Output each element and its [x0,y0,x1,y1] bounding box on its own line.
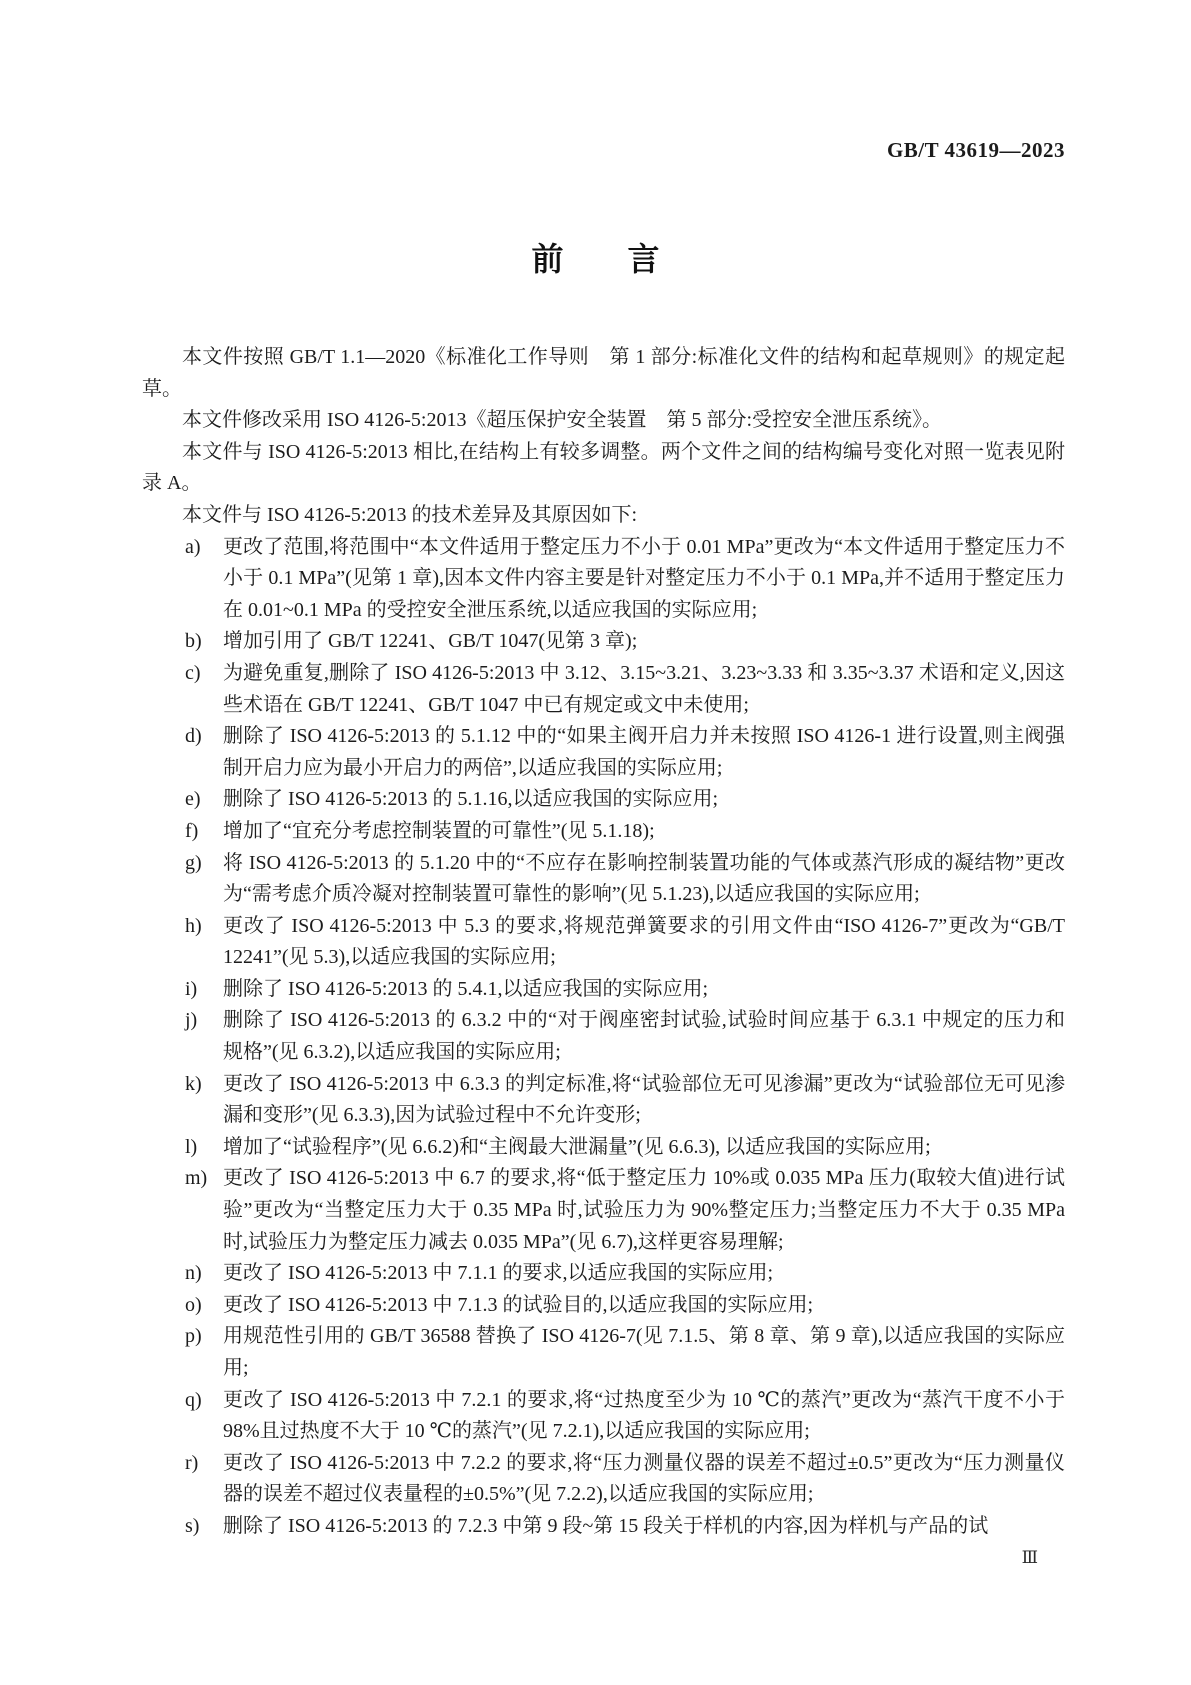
list-item: j)删除了 ISO 4126-5:2013 的 6.3.2 中的“对于阀座密封试… [142,1005,1065,1068]
list-item-text: 更改了 ISO 4126-5:2013 中 6.7 的要求,将“低于整定压力 1… [223,1167,1065,1252]
list-item-text: 更改了 ISO 4126-5:2013 中 7.2.1 的要求,将“过热度至少为… [223,1389,1065,1443]
list-item-label: r) [185,1448,198,1480]
list-item-text: 删除了 ISO 4126-5:2013 的 5.4.1,以适应我国的实际应用; [223,978,708,1000]
list-item-label: i) [185,974,197,1006]
paragraph: 本文件修改采用 ISO 4126-5:2013《超压保护安全装置 第 5 部分:… [142,405,1065,437]
list-item: e)删除了 ISO 4126-5:2013 的 5.1.16,以适应我国的实际应… [142,784,1065,816]
list-item: c)为避免重复,删除了 ISO 4126-5:2013 中 3.12、3.15~… [142,658,1065,721]
list-item-text: 删除了 ISO 4126-5:2013 的 7.2.3 中第 9 段~第 15 … [223,1515,988,1537]
list-item: i)删除了 ISO 4126-5:2013 的 5.4.1,以适应我国的实际应用… [142,974,1065,1006]
list-item-label: k) [185,1069,202,1101]
list-item-label: e) [185,784,201,816]
list-item-text: 更改了 ISO 4126-5:2013 中 6.3.3 的判定标准,将“试验部位… [223,1073,1065,1127]
list-item: a)更改了范围,将范围中“本文件适用于整定压力不小于 0.01 MPa”更改为“… [142,532,1065,627]
list-item: n)更改了 ISO 4126-5:2013 中 7.1.1 的要求,以适应我国的… [142,1258,1065,1290]
list-item-text: 增加引用了 GB/T 12241、GB/T 1047(见第 3 章); [223,630,637,652]
list-item-label: d) [185,721,202,753]
standard-number: GB/T 43619—2023 [142,138,1065,162]
paragraph: 本文件按照 GB/T 1.1—2020《标准化工作导则 第 1 部分:标准化文件… [142,342,1065,405]
list-item: o)更改了 ISO 4126-5:2013 中 7.1.3 的试验目的,以适应我… [142,1290,1065,1322]
list-item-label: c) [185,658,201,690]
list-item: m)更改了 ISO 4126-5:2013 中 6.7 的要求,将“低于整定压力… [142,1163,1065,1258]
list-item-text: 删除了 ISO 4126-5:2013 的 5.1.16,以适应我国的实际应用; [223,788,718,810]
list-item-text: 更改了 ISO 4126-5:2013 中 7.2.2 的要求,将“压力测量仪器… [223,1452,1065,1506]
list-item-text: 为避免重复,删除了 ISO 4126-5:2013 中 3.12、3.15~3.… [223,662,1065,716]
list-item: b)增加引用了 GB/T 12241、GB/T 1047(见第 3 章); [142,626,1065,658]
list-item-text: 删除了 ISO 4126-5:2013 的 5.1.12 中的“如果主阀开启力并… [223,725,1065,779]
list-item-label: g) [185,848,202,880]
list-item-text: 更改了 ISO 4126-5:2013 中 7.1.1 的要求,以适应我国的实际… [223,1262,773,1284]
technical-difference-list: a)更改了范围,将范围中“本文件适用于整定压力不小于 0.01 MPa”更改为“… [142,532,1065,1543]
list-item: s)删除了 ISO 4126-5:2013 的 7.2.3 中第 9 段~第 1… [142,1511,1065,1543]
list-item: g)将 ISO 4126-5:2013 的 5.1.20 中的“不应存在影响控制… [142,848,1065,911]
list-item-label: o) [185,1290,202,1322]
paragraph: 本文件与 ISO 4126-5:2013 的技术差异及其原因如下: [142,500,1065,532]
list-item-label: l) [185,1132,197,1164]
list-item-text: 将 ISO 4126-5:2013 的 5.1.20 中的“不应存在影响控制装置… [223,852,1065,906]
list-item: d)删除了 ISO 4126-5:2013 的 5.1.12 中的“如果主阀开启… [142,721,1065,784]
list-item-label: q) [185,1385,202,1417]
page-number: Ⅲ [142,1548,1038,1568]
list-item-text: 更改了范围,将范围中“本文件适用于整定压力不小于 0.01 MPa”更改为“本文… [223,536,1065,621]
list-item-label: n) [185,1258,202,1290]
list-item: q)更改了 ISO 4126-5:2013 中 7.2.1 的要求,将“过热度至… [142,1385,1065,1448]
list-item: p)用规范性引用的 GB/T 36588 替换了 ISO 4126-7(见 7.… [142,1321,1065,1384]
paragraph: 本文件与 ISO 4126-5:2013 相比,在结构上有较多调整。两个文件之间… [142,437,1065,500]
list-item-label: a) [185,532,201,564]
document-page: GB/T 43619—2023 前 言 本文件按照 GB/T 1.1—2020《… [0,0,1191,1685]
list-item: r)更改了 ISO 4126-5:2013 中 7.2.2 的要求,将“压力测量… [142,1448,1065,1511]
list-item-text: 用规范性引用的 GB/T 36588 替换了 ISO 4126-7(见 7.1.… [223,1325,1065,1379]
list-item: f)增加了“宜充分考虑控制装置的可靠性”(见 5.1.18); [142,816,1065,848]
list-item-text: 增加了“试验程序”(见 6.6.2)和“主阀最大泄漏量”(见 6.6.3), 以… [223,1136,931,1158]
list-item-text: 删除了 ISO 4126-5:2013 的 6.3.2 中的“对于阀座密封试验,… [223,1009,1065,1063]
paragraph-group: 本文件按照 GB/T 1.1—2020《标准化工作导则 第 1 部分:标准化文件… [142,342,1065,532]
list-item-label: p) [185,1321,202,1353]
list-item-label: f) [185,816,198,848]
list-item-label: h) [185,911,202,943]
list-item-label: j) [185,1005,197,1037]
list-item-label: s) [185,1511,199,1543]
list-item-text: 增加了“宜充分考虑控制装置的可靠性”(见 5.1.18); [223,820,655,842]
list-item-text: 更改了 ISO 4126-5:2013 中 5.3 的要求,将规范弹簧要求的引用… [223,915,1065,969]
list-item-label: m) [185,1163,207,1195]
foreword-body: 本文件按照 GB/T 1.1—2020《标准化工作导则 第 1 部分:标准化文件… [142,342,1065,1543]
page-title: 前 言 [0,240,1191,278]
list-item: l)增加了“试验程序”(见 6.6.2)和“主阀最大泄漏量”(见 6.6.3),… [142,1132,1065,1164]
list-item: h)更改了 ISO 4126-5:2013 中 5.3 的要求,将规范弹簧要求的… [142,911,1065,974]
list-item-text: 更改了 ISO 4126-5:2013 中 7.1.3 的试验目的,以适应我国的… [223,1294,813,1316]
list-item: k)更改了 ISO 4126-5:2013 中 6.3.3 的判定标准,将“试验… [142,1069,1065,1132]
list-item-label: b) [185,626,202,658]
